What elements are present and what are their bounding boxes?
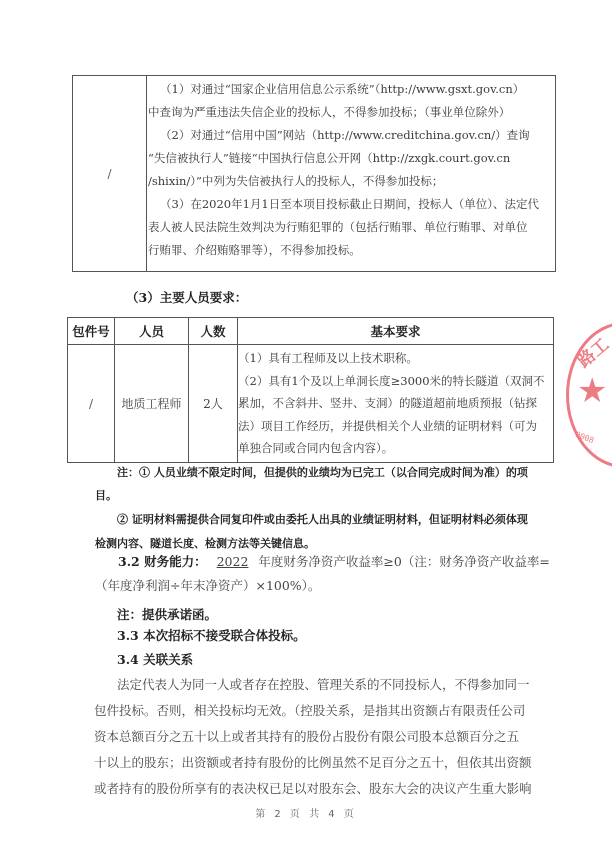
financial-text: 年度财务净资产收益率≥0（注：财务净资产收益率=	[258, 554, 549, 569]
eligibility-line: 中查询为严重违法失信企业的投标人，不得参加投标；（事业单位除外）	[148, 101, 555, 124]
note-1-line-1: 注：① 人员业绩不限定时间，但提供的业绩均为已完工（以合同完成时间为准）的项	[117, 464, 528, 480]
requirement-line: 法）项目工作经历，并提供相关个人业绩的证明材料（可为	[238, 415, 553, 438]
eligibility-line: （2）对通过“信用中国”网站（http://www.creditchina.go…	[148, 124, 555, 147]
section-3-4-line: 法定代表人为同一人或者存在控股、管理关系的不同投标人，不得参加同一	[117, 671, 530, 698]
note-1-line-2: 目。	[95, 487, 117, 503]
official-seal-stamp: 路工 ★ 0008	[566, 322, 612, 468]
stamp-star-icon: ★	[577, 371, 607, 411]
row-role: 地质工程师	[115, 345, 189, 463]
header-role: 人员	[115, 318, 189, 345]
section-3-4-line: 十以上的股东；出资额或者持有股份的比例虽然不足百分之五十，但依其出资额	[94, 749, 532, 776]
stamp-number: 0008	[574, 430, 595, 445]
note-2-line-1: ② 证明材料需提供合同复印件或由委托人出具的业绩证明材料，但证明材料必须体现	[117, 511, 528, 527]
eligibility-requirements-cell: （1）对通过“国家企业信用信息公示系统”（http://www.gsxt.gov…	[147, 76, 556, 272]
financial-year: 2022	[207, 554, 259, 569]
eligibility-line: “失信被执行人”链接“中国执行信息公开网（http://zxgk.court.g…	[148, 147, 555, 170]
eligibility-line: （1）对通过“国家企业信用信息公示系统”（http://www.gsxt.gov…	[148, 78, 555, 101]
staff-requirements-table: 包件号 人员 人数 基本要求 / 地质工程师 2人 （1）具有工程师及以上技术职…	[67, 317, 554, 463]
section-3-4-heading: 3.4 关联关系	[117, 650, 193, 668]
stamp-text: 路工	[571, 331, 612, 372]
requirement-line: 单独合同或合同内包含内容）。	[238, 437, 553, 460]
financial-label: 3.2 财务能力：	[118, 554, 207, 569]
header-package: 包件号	[68, 318, 115, 345]
financial-formula: （年度净利润÷年末净资产）×100%）。	[95, 572, 320, 599]
page-footer: 第 2 页 共 4 页	[0, 805, 612, 820]
eligibility-table: / （1）对通过“国家企业信用信息公示系统”（http://www.gsxt.g…	[72, 75, 556, 272]
header-requirements: 基本要求	[238, 318, 554, 345]
financial-capability: 3.2 财务能力：2022年度财务净资产收益率≥0（注：财务净资产收益率=	[118, 548, 550, 575]
eligibility-line: （3）在2020年1月1日至本项目投标截止日期间，投标人（单位）、法定代	[148, 193, 555, 216]
section-3-4-line: 资本总额百分之五十以上或者其持有的股份占股份有限公司股本总额百分之五	[94, 723, 519, 750]
requirement-line: 累加，不含斜井、竖井、支洞）的隧道超前地质预报（钻探	[238, 392, 553, 415]
eligibility-line: 表人被人民法院生效判决为行贿犯罪的（包括行贿罪、单位行贿罪、对单位	[148, 216, 555, 239]
section-3-3: 3.3 本次招标不接受联合体投标。	[117, 626, 306, 644]
row-count: 2人	[189, 345, 238, 463]
row-requirements: （1）具有工程师及以上技术职称。 （2）具有1个及以上单洞长度≥3000米的特长…	[238, 345, 554, 463]
eligibility-line: 行贿罪、介绍贿赂罪等），不得参加投标。	[148, 239, 555, 262]
row-package: /	[68, 345, 115, 463]
section-heading-staff: （3）主要人员要求：	[126, 288, 247, 306]
requirement-line: （2）具有1个及以上单洞长度≥3000米的特长隧道（双洞不	[238, 370, 553, 393]
financial-note: 注：提供承诺函。	[117, 605, 217, 623]
requirement-line: （1）具有工程师及以上技术职称。	[238, 347, 553, 370]
section-3-4-line: 或者持有的股份所享有的表决权已足以对股东会、股东大会的决议产生重大影响	[94, 775, 532, 802]
section-3-4-line: 包件投标。否则，相关投标均无效。（控股关系，是指其出资额占有限责任公司	[94, 697, 525, 724]
eligibility-package-cell: /	[73, 76, 147, 272]
header-count: 人数	[189, 318, 238, 345]
eligibility-line: /shixin/）”中列为失信被执行人的投标人，不得参加投标；	[148, 170, 555, 193]
